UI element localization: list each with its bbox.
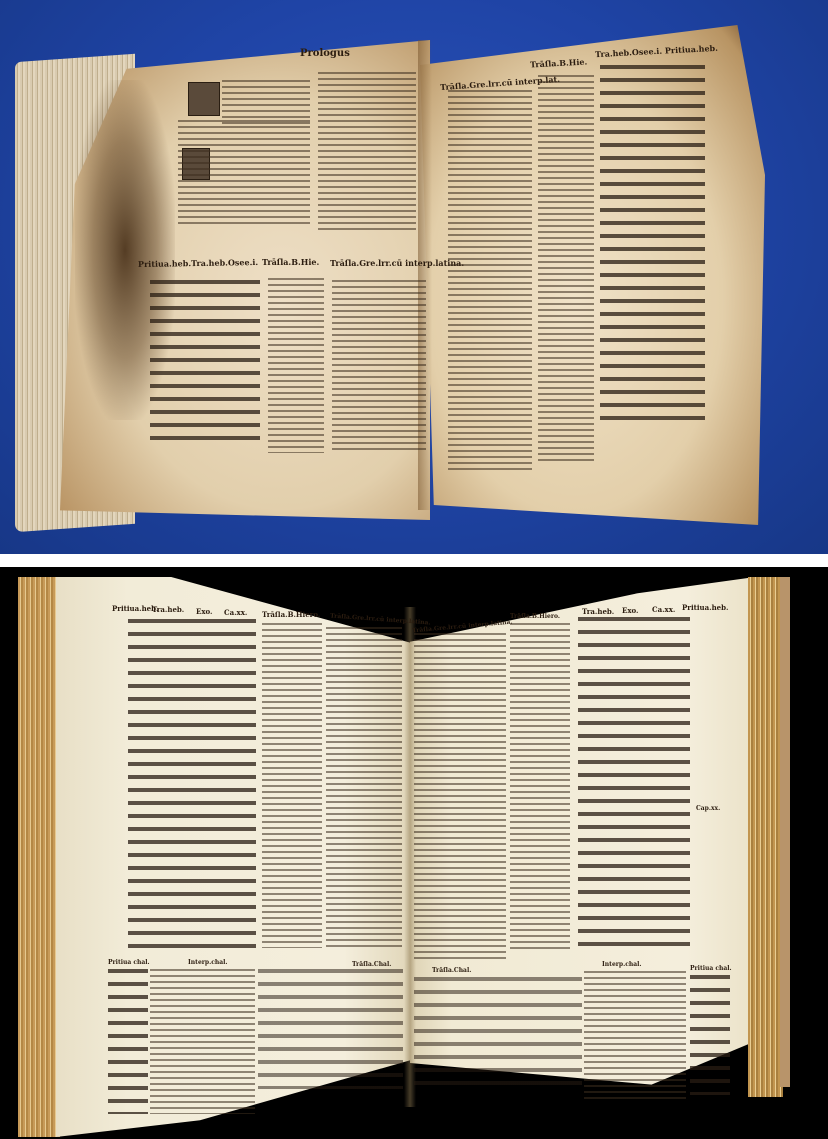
chaldean-targum-column [414, 977, 582, 1087]
column-header: Trāſla.Gre.lrr.cū interp.latina. [330, 258, 464, 268]
lower-header: Trāſla.Chal. [352, 961, 391, 968]
column-header: Trāſla.B.Hiero. [262, 610, 320, 619]
lower-header: Pritiua chal. [108, 959, 150, 966]
lower-header: Pritiua chal. [690, 965, 732, 972]
photo-divider [0, 554, 828, 567]
hebrew-column [150, 280, 260, 445]
column-header: Pritiua.heb. [682, 603, 728, 612]
lower-header: Interp.chal. [602, 961, 641, 968]
column-header: Exo. [196, 607, 213, 616]
latin-vulgate-column [510, 623, 570, 953]
photo-damaged-book: Prologus Pritiua.heb.Tra.heb.Osee.i. Trā… [0, 0, 828, 554]
book-cover-board [780, 577, 790, 1087]
column-header: Ca.xx. [652, 605, 675, 614]
latin-vulgate-column [262, 623, 322, 948]
woodcut-initial [188, 82, 220, 116]
hebrew-column [128, 619, 256, 954]
prologue-text [318, 72, 416, 232]
column-header: Tra.heb. [152, 605, 184, 614]
photo-clean-book: Pritiua.heb. Tra.heb. Exo. Ca.xx. Trāſla… [0, 567, 828, 1139]
chaldean-column [108, 969, 148, 1114]
hebrew-column [578, 617, 690, 952]
running-header: Prologus [300, 48, 350, 59]
chaldean-interp-column [584, 971, 686, 1101]
column-header: Ca.xx. [224, 608, 247, 617]
greek-column [448, 90, 532, 470]
column-header: Trāſla.B.Hiero. [510, 613, 560, 620]
prologue-text [178, 120, 310, 228]
chapter-marker: Cap.xx. [696, 805, 720, 812]
column-header: Exo. [622, 606, 639, 615]
greek-column [332, 280, 426, 450]
lower-header: Interp.chal. [188, 959, 227, 966]
latin-column [268, 278, 324, 453]
greek-column [414, 633, 506, 963]
greek-column [326, 627, 402, 947]
hebrew-column [600, 65, 705, 425]
column-header: Pritiua.heb.Tra.heb.Osee.i. [138, 257, 258, 269]
column-header: Trāſla.B.Hie. [262, 257, 319, 267]
latin-column [538, 75, 594, 465]
lower-header: Trāſla.Chal. [432, 967, 471, 974]
chaldean-interp-column [150, 969, 255, 1114]
chaldean-column [690, 975, 730, 1095]
chaldean-targum-column [258, 969, 403, 1089]
column-header: Tra.heb. [582, 607, 614, 616]
page-block-edge-left [18, 577, 60, 1137]
page-block-edge-right [748, 577, 783, 1097]
